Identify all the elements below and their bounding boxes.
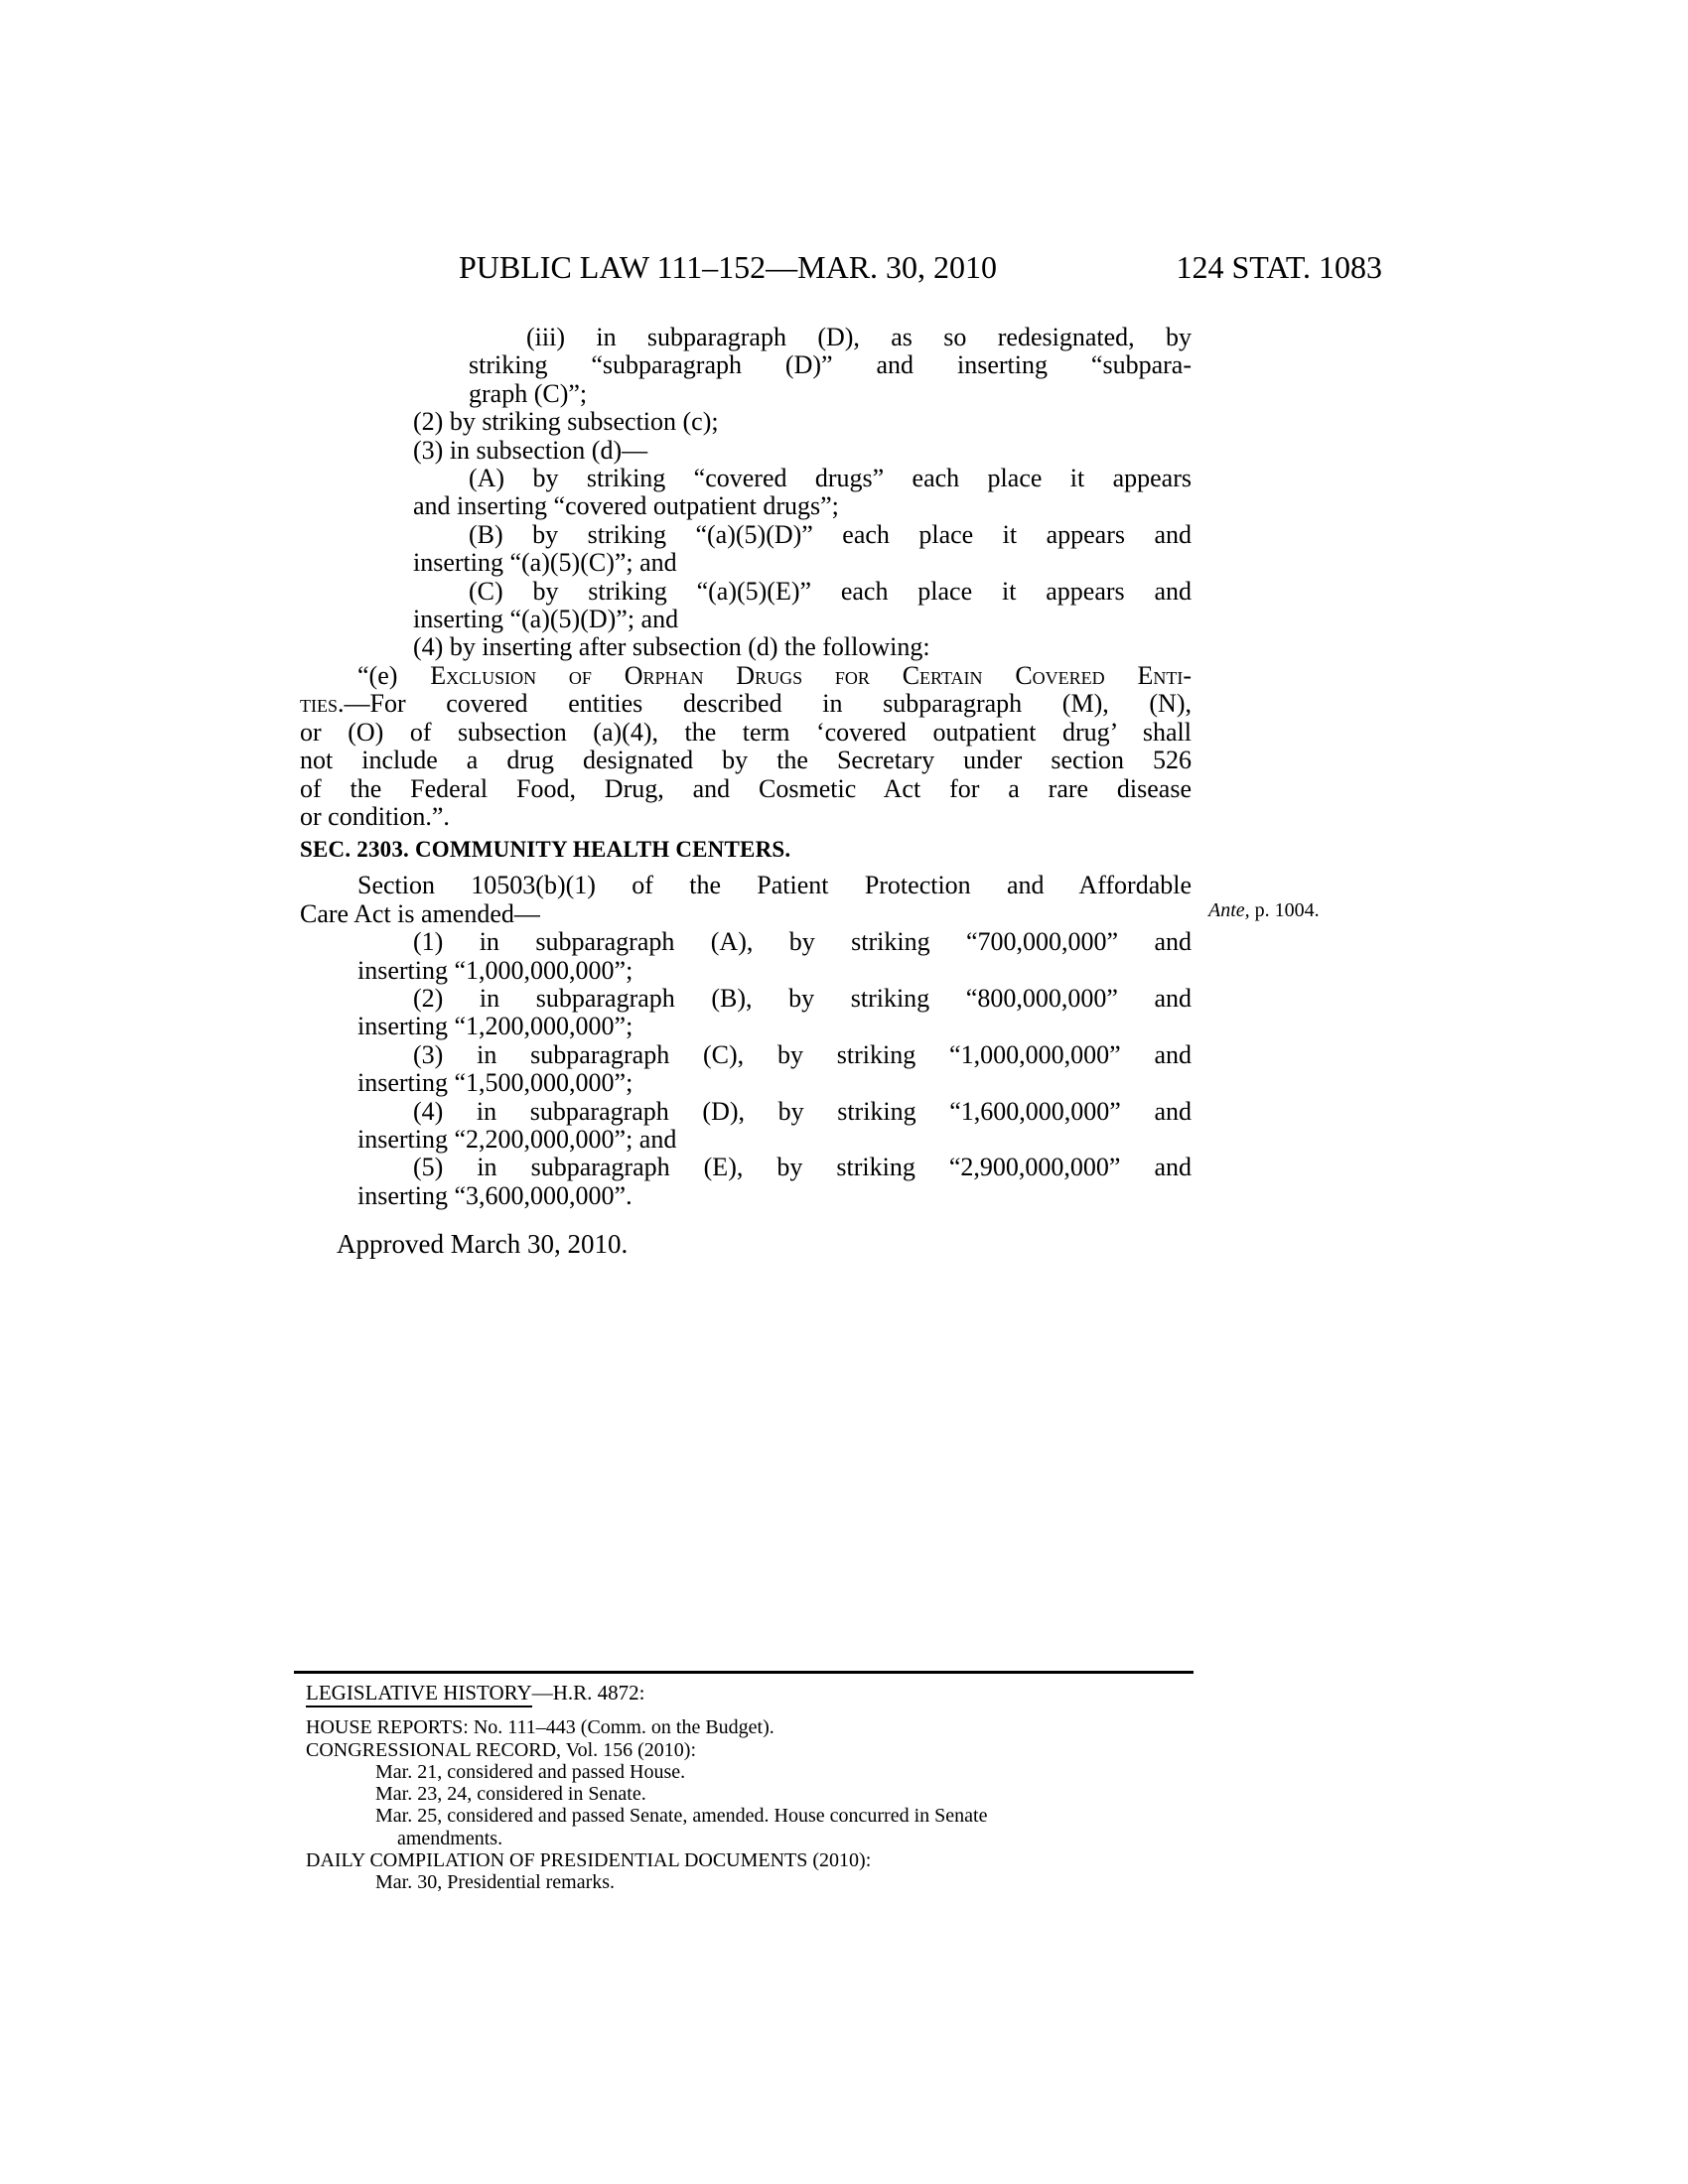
- text-line: (2) in subparagraph (B), by striking “80…: [413, 985, 1192, 1013]
- amendment-text-block: (iii) in subparagraph (D), as so redesig…: [300, 324, 1192, 831]
- legislative-history-title: LEGISLATIVE HISTORY—H.R. 4872:: [306, 1682, 1199, 1704]
- section-text-block: Section 10503(b)(1) of the Patient Prote…: [300, 872, 1192, 1210]
- text-column: (iii) in subparagraph (D), as so redesig…: [300, 324, 1192, 1259]
- header-stat-citation: 124 STAT. 1083: [1176, 250, 1382, 284]
- text-line: inserting “(a)(5)(C)”; and: [413, 549, 1192, 577]
- text-line: not include a drug designated by the Sec…: [300, 747, 1192, 774]
- legislative-history: LEGISLATIVE HISTORY—H.R. 4872: HOUSE REP…: [306, 1682, 1199, 1894]
- text-line: Section 10503(b)(1) of the Patient Prote…: [357, 872, 1192, 899]
- text-line: Care Act is amended—: [300, 900, 1192, 928]
- text-line: (iii) in subparagraph (D), as so redesig…: [526, 324, 1192, 351]
- text-line: (5) in subparagraph (E), by striking “2,…: [413, 1154, 1192, 1181]
- text-line: (3) in subsection (d)—: [413, 437, 1192, 465]
- approval-line: Approved March 30, 2010.: [300, 1230, 1192, 1258]
- legislative-history-line: amendments.: [306, 1828, 1199, 1849]
- legislative-history-line: Mar. 25, considered and passed Senate, a…: [306, 1805, 1199, 1827]
- text-line: inserting “3,600,000,000”.: [357, 1182, 1192, 1210]
- page-header: PUBLIC LAW 111–152—MAR. 30, 2010 124 STA…: [459, 250, 1382, 284]
- header-law-number: PUBLIC LAW 111–152—MAR. 30, 2010: [459, 250, 997, 284]
- legislative-history-line: Mar. 30, Presidential remarks.: [306, 1871, 1199, 1893]
- legislative-history-line: DAILY COMPILATION OF PRESIDENTIAL DOCUME…: [306, 1849, 1199, 1871]
- text-line: of the Federal Food, Drug, and Cosmetic …: [300, 775, 1192, 803]
- text-line: inserting “1,200,000,000”;: [357, 1013, 1192, 1040]
- margin-note-ante: Ante,: [1208, 899, 1250, 921]
- text-line: “(e) Exclusion of Orphan Drugs for Certa…: [357, 662, 1192, 690]
- text-line: inserting “1,500,000,000”;: [357, 1069, 1192, 1097]
- text-line: or condition.”.: [300, 803, 1192, 831]
- margin-note-page-ref: p. 1004.: [1250, 899, 1320, 921]
- text-line: striking “subparagraph (D)” and insertin…: [469, 351, 1192, 379]
- text-line: inserting “1,000,000,000”;: [357, 957, 1192, 985]
- text-line: inserting “2,200,000,000”; and: [357, 1126, 1192, 1154]
- text-line: graph (C)”;: [469, 380, 1192, 408]
- section-heading: SEC. 2303. COMMUNITY HEALTH CENTERS.: [300, 837, 1192, 863]
- legislative-history-line: Mar. 23, 24, considered in Senate.: [306, 1783, 1199, 1805]
- text-line: or (O) of subsection (a)(4), the term ‘c…: [300, 719, 1192, 747]
- text-line: (B) by striking “(a)(5)(D)” each place i…: [469, 521, 1192, 549]
- legislative-history-lines: HOUSE REPORTS: No. 111–443 (Comm. on the…: [306, 1716, 1199, 1893]
- text-line: inserting “(a)(5)(D)”; and: [413, 606, 1192, 633]
- legislative-history-line: Mar. 21, considered and passed House.: [306, 1761, 1199, 1783]
- text-line: and inserting “covered outpatient drugs”…: [413, 492, 1192, 520]
- text-line: (3) in subparagraph (C), by striking “1,…: [413, 1041, 1192, 1069]
- text-line: ties.—For covered entities described in …: [300, 690, 1192, 718]
- text-line: (C) by striking “(a)(5)(E)” each place i…: [469, 578, 1192, 606]
- text-line: (4) by inserting after subsection (d) th…: [413, 633, 1192, 661]
- margin-note: Ante, p. 1004.: [1208, 899, 1320, 922]
- text-line: (2) by striking subsection (c);: [413, 408, 1192, 436]
- text-line: (4) in subparagraph (D), by striking “1,…: [413, 1098, 1192, 1126]
- text-line: (1) in subparagraph (A), by striking “70…: [413, 928, 1192, 956]
- legislative-history-line: HOUSE REPORTS: No. 111–443 (Comm. on the…: [306, 1716, 1199, 1738]
- statute-page: PUBLIC LAW 111–152—MAR. 30, 2010 124 STA…: [0, 0, 1688, 2184]
- text-line: (A) by striking “covered drugs” each pla…: [469, 465, 1192, 492]
- legislative-history-line: CONGRESSIONAL RECORD, Vol. 156 (2010):: [306, 1739, 1199, 1761]
- legislative-history-bill-number: —H.R. 4872:: [532, 1681, 645, 1705]
- footer-divider-rule: [294, 1671, 1194, 1674]
- legislative-history-title-underlined: LEGISLATIVE HISTORY: [306, 1681, 532, 1707]
